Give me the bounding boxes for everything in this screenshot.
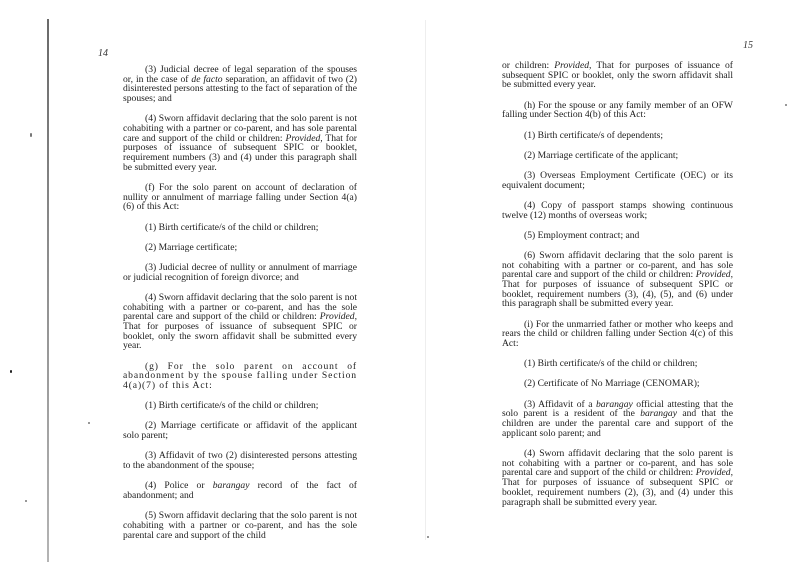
requirement-item: (3) Affidavit of two (2) disinterested p… [123, 451, 357, 470]
left-page-body: (3) Judicial decree of legal separation … [123, 65, 357, 551]
scan-speck [25, 500, 27, 502]
section-heading-f: (f) For the solo parent on account of de… [123, 183, 357, 212]
paragraph: (4) Sworn affidavit declaring that the s… [123, 293, 357, 351]
scan-speck [785, 104, 787, 106]
requirement-item: (4) Copy of passport stamps showing cont… [502, 201, 733, 220]
section-heading-g: (g) For the solo parent on account of ab… [123, 362, 357, 391]
section-heading-h: (h) For the spouse or any family member … [502, 101, 733, 120]
requirement-item: (6) Sworn affidavit declaring that the s… [502, 251, 733, 309]
requirement-item: (1) Birth certificate/s of the child or … [502, 359, 733, 369]
page-number-left: 14 [98, 48, 108, 59]
requirement-item: (4) Sworn affidavit declaring that the s… [502, 449, 733, 507]
requirement-item: (3) Judicial decree of nullity or annulm… [123, 263, 357, 282]
scan-speck [88, 422, 90, 424]
section-heading-i: (i) For the unmarried father or mother w… [502, 320, 733, 349]
right-page-body: or children: Provided, That for purposes… [502, 61, 733, 518]
requirement-item: (1) Birth certificate/s of the child or … [123, 401, 357, 411]
binding-line [47, 19, 49, 562]
requirement-item: (4) Police or barangay record of the fac… [123, 481, 357, 500]
scan-speck [30, 133, 32, 137]
paragraph-continued: or children: Provided, That for purposes… [502, 61, 733, 90]
requirement-item: (5) Employment contract; and [502, 231, 733, 241]
requirement-item: (5) Sworn affidavit declaring that the s… [123, 511, 357, 540]
requirement-item: (3) Affidavit of a barangay official att… [502, 400, 733, 439]
requirement-item: (2) Marriage certificate of the applican… [502, 151, 733, 161]
page-number-right: 15 [743, 40, 753, 51]
scan-speck [10, 370, 12, 373]
requirement-item: (3) Overseas Employment Certificate (OEC… [502, 171, 733, 190]
scan-speck [427, 536, 429, 538]
paragraph: (4) Sworn affidavit declaring that the s… [123, 114, 357, 172]
requirement-item: (1) Birth certificate/s of dependents; [502, 131, 733, 141]
requirement-item: (2) Marriage certificate or affidavit of… [123, 421, 357, 440]
requirement-item: (2) Marriage certificate; [123, 243, 357, 253]
requirement-item: (1) Birth certificate/s of the child or … [123, 223, 357, 233]
requirement-item: (2) Certificate of No Marriage (CENOMAR)… [502, 379, 733, 389]
page-gutter [425, 20, 426, 540]
paragraph: (3) Judicial decree of legal separation … [123, 65, 357, 104]
